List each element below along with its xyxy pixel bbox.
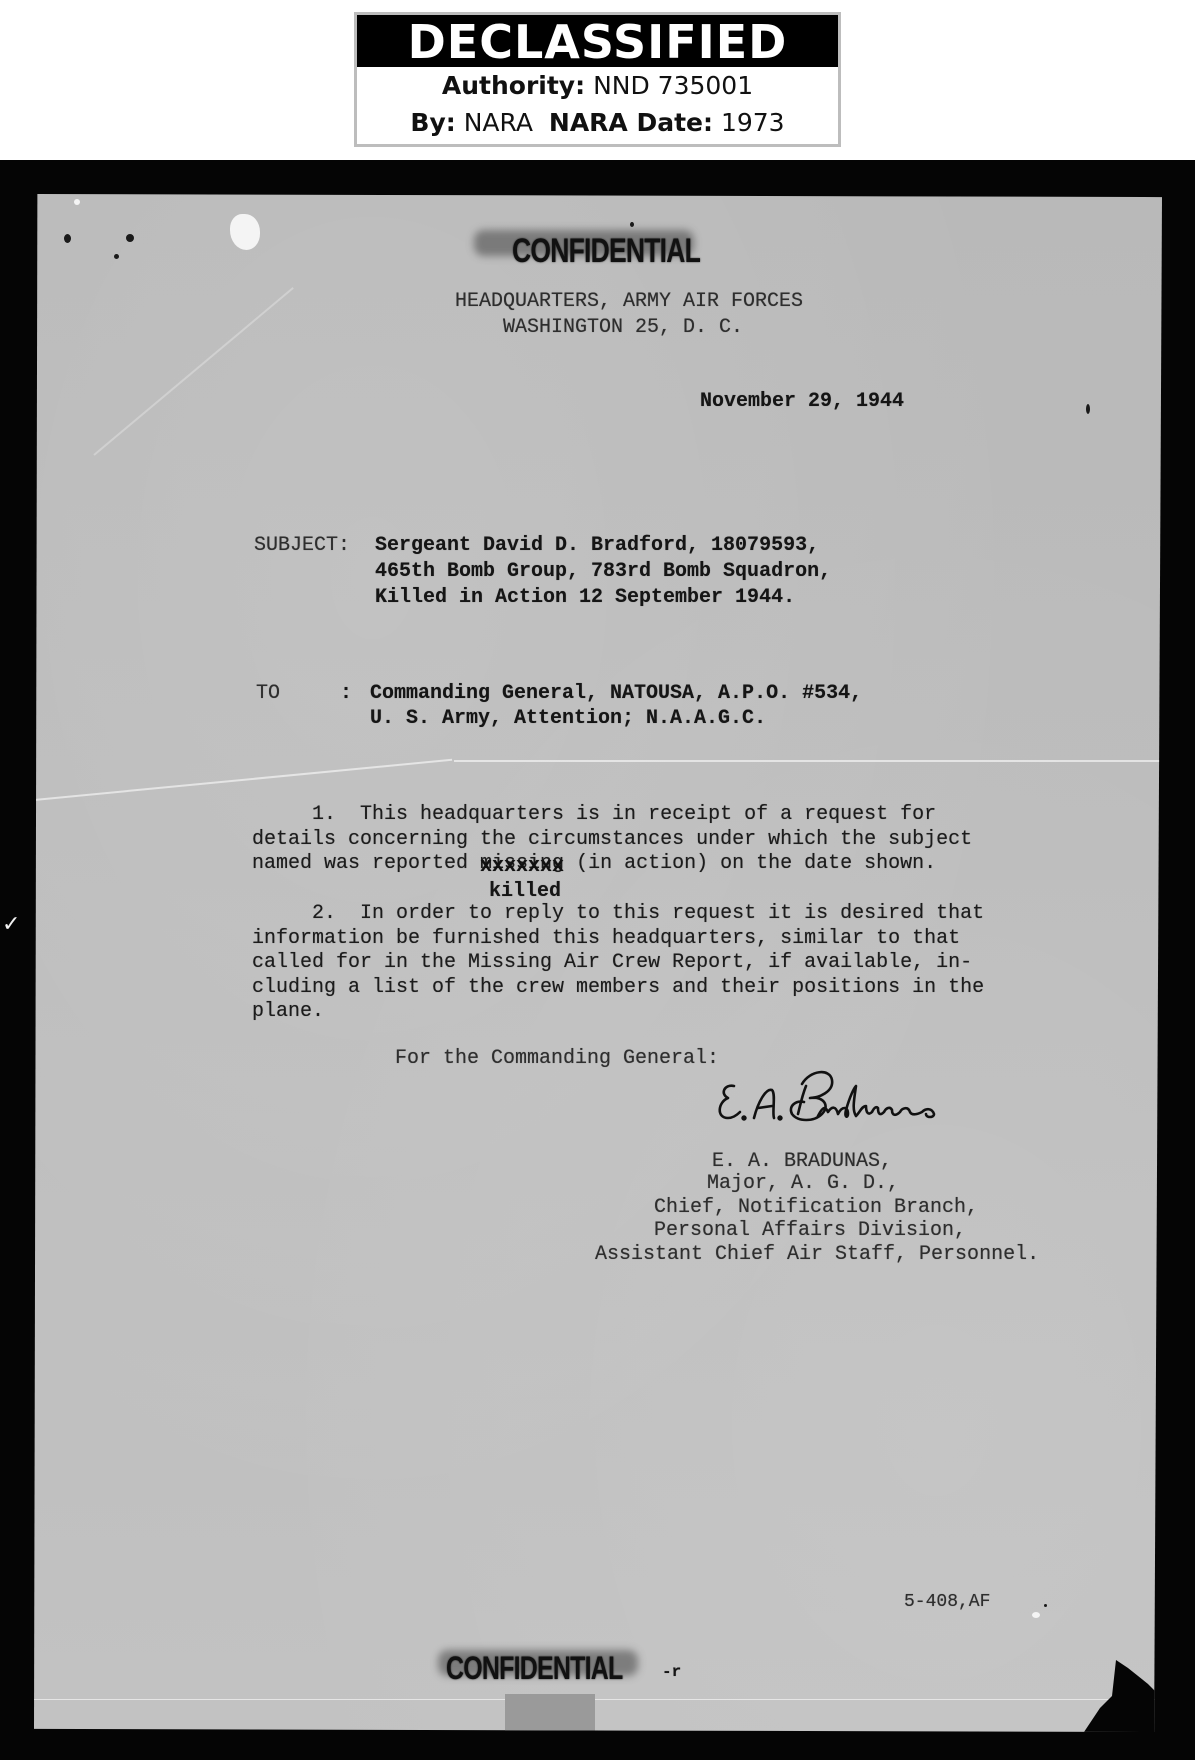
by-line: By: NARA NARA Date: 1973 xyxy=(357,108,838,137)
speck xyxy=(1032,1612,1040,1618)
to-colon: : xyxy=(340,682,352,707)
form-number: 5-408,AF xyxy=(904,1590,990,1615)
by-label: By: xyxy=(410,108,455,137)
paper-corner-blot xyxy=(1084,1652,1164,1732)
correction-word: killed xyxy=(489,880,561,905)
authority-line: Authority: NND 735001 xyxy=(357,71,838,100)
paragraph-1-line-3-end: (in action) on the date shown. xyxy=(564,852,936,875)
scanned-page-frame: CONFIDENTIAL HEADQUARTERS, ARMY AIR FORC… xyxy=(0,160,1195,1760)
signature-name: E. A. BRADUNAS, xyxy=(712,1150,892,1175)
speck xyxy=(64,234,71,243)
paper-patch xyxy=(505,1694,595,1732)
paragraph-1-line-2: details concerning the circumstances und… xyxy=(252,828,972,853)
paragraph-2-line-5: plane. xyxy=(252,1000,324,1025)
scan-scratch xyxy=(93,287,293,456)
document-date: November 29, 1944 xyxy=(700,390,904,415)
to-line-2: U. S. Army, Attention; N.A.A.G.C. xyxy=(370,707,766,732)
scan-scratch xyxy=(34,1699,1162,1700)
check-mark-icon: ✓ xyxy=(2,912,20,937)
speck xyxy=(114,254,119,259)
paragraph-1-line-3-start: named was reported xyxy=(252,852,480,875)
closing-line: For the Commanding General: xyxy=(395,1047,719,1072)
nara-date-label: NARA Date: xyxy=(549,108,713,137)
speck xyxy=(1086,404,1090,414)
declassified-stamp: DECLASSIFIED Authority: NND 735001 By: N… xyxy=(354,12,841,147)
struck-word: missingxxxxxxx xyxy=(480,852,564,877)
classification-bottom: CONFIDENTIAL xyxy=(446,1652,622,1684)
paragraph-2-line-1: 2. In order to reply to this request it … xyxy=(252,902,984,927)
paragraph-1-line-3: named was reported missingxxxxxxx (in ac… xyxy=(252,852,936,877)
margin-glyph: -r xyxy=(662,1660,681,1685)
speck xyxy=(630,222,634,227)
subject-line-3: Killed in Action 12 September 1944. xyxy=(375,586,795,611)
by-value: NARA xyxy=(464,108,533,137)
subject-line-1: Sergeant David D. Bradford, 18079593, xyxy=(375,534,819,559)
scan-scratch xyxy=(34,759,452,801)
nara-date-value: 1973 xyxy=(721,108,785,137)
signature-division: Personal Affairs Division, xyxy=(654,1219,966,1244)
speck xyxy=(1044,1604,1047,1607)
classification-top: CONFIDENTIAL xyxy=(512,234,700,268)
to-label: TO xyxy=(256,682,280,707)
declassified-title: DECLASSIFIED xyxy=(357,15,838,67)
authority-value: NND 735001 xyxy=(593,71,753,100)
document-paper: CONFIDENTIAL HEADQUARTERS, ARMY AIR FORC… xyxy=(34,194,1162,1732)
paragraph-2-line-2: information be furnished this headquarte… xyxy=(252,927,960,952)
signature-rank: Major, A. G. D., xyxy=(707,1172,899,1197)
paragraph-1-line-1: 1. This headquarters is in receipt of a … xyxy=(252,803,936,828)
letterhead-line2: WASHINGTON 25, D. C. xyxy=(503,316,743,341)
paper-damage-spot xyxy=(230,214,260,250)
authority-label: Authority: xyxy=(442,71,585,100)
handwritten-signature xyxy=(714,1066,964,1132)
subject-label: SUBJECT: xyxy=(254,534,350,559)
subject-line-2: 465th Bomb Group, 783rd Bomb Squadron, xyxy=(375,560,831,585)
to-line-1: Commanding General, NATOUSA, A.P.O. #534… xyxy=(370,682,862,707)
paragraph-2-line-4: cluding a list of the crew members and t… xyxy=(252,976,984,1001)
letterhead-line1: HEADQUARTERS, ARMY AIR FORCES xyxy=(455,290,803,315)
speck xyxy=(126,234,134,242)
struck-word-overtype: xxxxxxx xyxy=(480,855,564,880)
scan-scratch xyxy=(454,760,1164,762)
paragraph-2-line-3: called for in the Missing Air Crew Repor… xyxy=(252,951,972,976)
signature-title: Chief, Notification Branch, xyxy=(654,1196,978,1221)
speck xyxy=(74,199,80,205)
signature-office: Assistant Chief Air Staff, Personnel. xyxy=(595,1243,1039,1268)
